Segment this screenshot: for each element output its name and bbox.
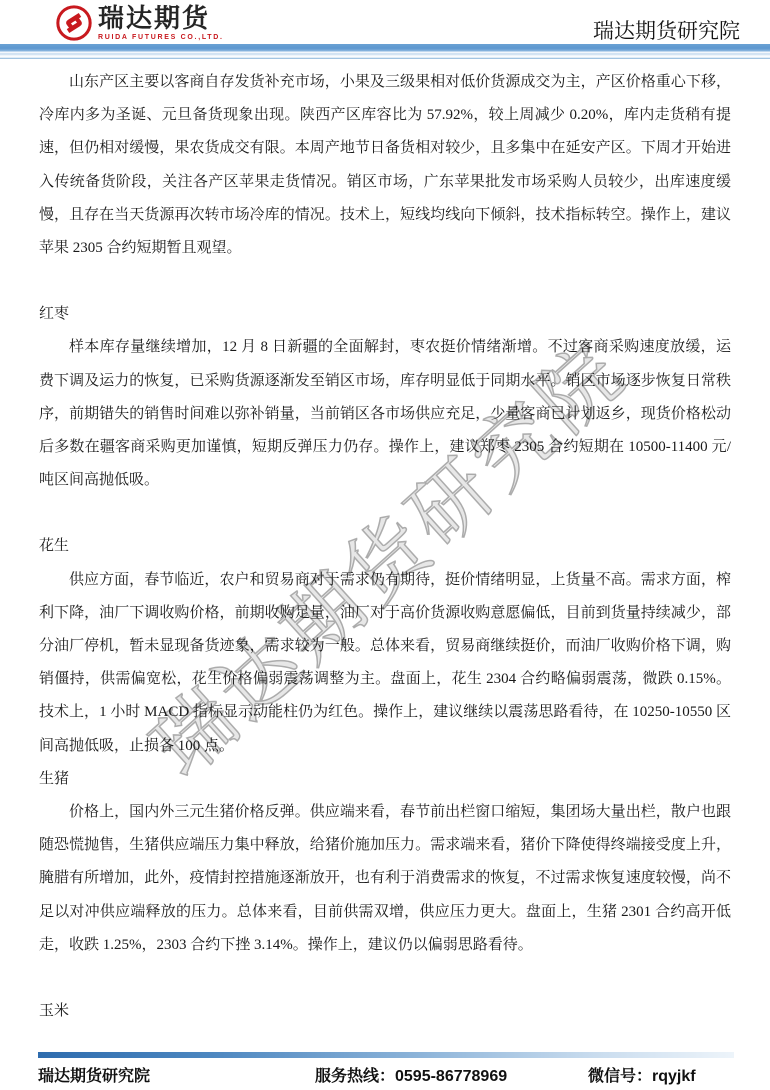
section-gap (39, 962, 731, 995)
institute-title: 瑞达期货研究院 (593, 15, 740, 45)
footer-institute: 瑞达期货研究院 (38, 1063, 150, 1086)
logo-text: 瑞达期货 (98, 4, 224, 33)
red-dates-paragraph: 样本库存量继续增加，12 月 8 日新疆的全面解封，枣农挺价情绪渐增。不过客商采… (39, 331, 731, 497)
hog-paragraph: 价格上，国内外三元生猪价格反弹。供应端来看，春节前出栏窗口缩短，集团场大量出栏，… (39, 796, 731, 962)
ruida-logo-icon (55, 4, 93, 42)
header-divider-bar (0, 44, 770, 59)
footer-hotline: 服务热线：0595-86778969 (315, 1063, 507, 1086)
company-logo: 瑞达期货 RUIDA FUTURES CO.,LTD. (55, 4, 224, 42)
apple-paragraph: 山东产区主要以客商自存发货补充市场，小果及三级果相对低价货源成交为主，产区价格重… (39, 66, 731, 265)
corn-heading: 玉米 (39, 995, 731, 1028)
report-body: 山东产区主要以客商自存发货补充市场，小果及三级果相对低价货源成交为主，产区价格重… (39, 66, 731, 1028)
section-gap (39, 497, 731, 530)
red-dates-heading: 红枣 (39, 298, 731, 331)
peanut-heading: 花生 (39, 530, 731, 563)
logo-text-block: 瑞达期货 RUIDA FUTURES CO.,LTD. (98, 4, 224, 41)
report-page: 瑞达期货 RUIDA FUTURES CO.,LTD. 瑞达期货研究院 瑞达期货… (0, 0, 770, 1090)
hog-heading: 生猪 (39, 763, 731, 796)
footer-wechat: 微信号：rqyjkf (588, 1063, 696, 1086)
header: 瑞达期货 RUIDA FUTURES CO.,LTD. 瑞达期货研究院 (0, 0, 770, 44)
logo-subtext: RUIDA FUTURES CO.,LTD. (98, 34, 224, 41)
footer: 瑞达期货研究院 服务热线：0595-86778969 微信号：rqyjkf (0, 1045, 770, 1090)
section-gap (39, 265, 731, 298)
footer-divider-bar (38, 1052, 734, 1058)
peanut-paragraph: 供应方面，春节临近，农户和贸易商对于需求仍有期待，挺价情绪明显，上货量不高。需求… (39, 564, 731, 763)
